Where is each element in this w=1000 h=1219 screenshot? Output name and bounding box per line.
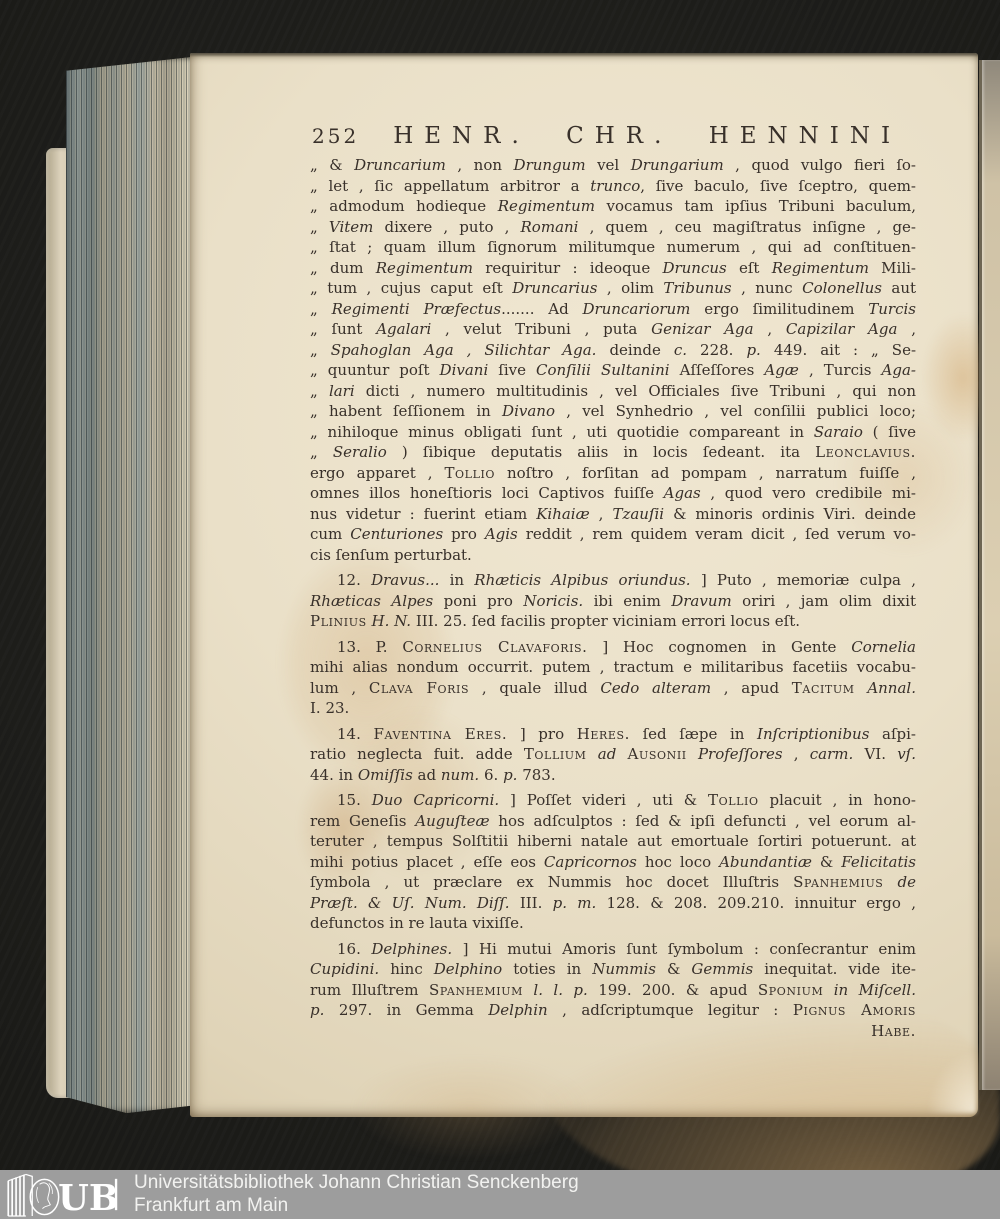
page-top-edge	[190, 53, 978, 57]
running-header: HENR. CHR. HENNINI	[393, 123, 901, 149]
text-line: 16. Delphines. ] Hi mutui Amoris ſunt ſy…	[310, 939, 916, 960]
text-line: 13. P. Cornelius Clavaforis. ] Hoc cogno…	[310, 637, 916, 658]
text-line: lum , Clava Foris , quale illud Cedo alt…	[310, 678, 916, 699]
text-line: ſymbola , ut præclare ex Nummis hoc doce…	[310, 872, 916, 893]
book-page: 252 HENR. CHR. HENNINI „ & Druncarium , …	[190, 53, 978, 1117]
library-banner: UB Universitätsbibliothek Johann Christi…	[0, 1170, 1000, 1219]
text-line: „ habent ſeſſionem in Divano , vel Synhe…	[310, 401, 916, 422]
text-line: p. 297. in Gemma Delphin , adſcriptumque…	[310, 1000, 916, 1021]
text-line: „ admodum hodieque Regimentum vocamus ta…	[310, 196, 916, 217]
adjacent-page-edge	[979, 60, 1000, 1090]
text-line: „ ſunt Agalari , velut Tribuni , puta Ge…	[310, 319, 916, 340]
text-line: mihi alias nondum occurrit. putem , trac…	[310, 657, 916, 678]
page-text-block: 252 HENR. CHR. HENNINI „ & Druncarium , …	[310, 123, 916, 1041]
text-line: „ Spahoglan Aga , Silichtar Aga. deinde …	[310, 340, 916, 361]
text-line: rum Illuſtrem Spanhemium l. l. p. 199. 2…	[310, 980, 916, 1001]
text-line: cum Centuriones pro Agis reddit , rem qu…	[310, 524, 916, 545]
text-line: „ Vitem dixere , puto , Romani , quem , …	[310, 217, 916, 238]
page-fore-edge	[66, 57, 192, 1113]
text-line: „ quuntur poſt Divani ſive Conſilii Sult…	[310, 360, 916, 381]
text-line: „ dum Regimentum requiritur : ideoque Dr…	[310, 258, 916, 279]
text-line: teruter , tempus Solſtitii hiberni natal…	[310, 831, 916, 852]
text-line: cis ſenſum perturbat.	[310, 545, 916, 566]
text-line: 44. in Omiſſis ad num. 6. p. 783.	[310, 765, 916, 786]
logo-divider	[115, 1179, 117, 1210]
text-line: „ tum , cujus caput eſt Druncarius , oli…	[310, 278, 916, 299]
text-line: Præſt. & Uſ. Num. Diſſ. III. p. m. 128. …	[310, 893, 916, 914]
text-line: „ Seralio ) ſibique deputatis aliis in l…	[310, 442, 916, 463]
ub-logo: UB	[5, 1172, 125, 1217]
text-line: Habe.	[310, 1021, 916, 1042]
text-line: Plinius H. N. III. 25. ſed facilis propt…	[310, 611, 916, 632]
logo-book-lines-icon	[8, 1174, 32, 1216]
text-line: I. 23.	[310, 698, 916, 719]
banner-text: Universitätsbibliothek Johann Christian …	[134, 1172, 579, 1217]
text-line: defunctos in re lauta vixiſſe.	[310, 913, 916, 934]
page-number: 252	[312, 124, 359, 148]
text-line: 14. Faventina Eres. ] pro Heres. ſed ſæp…	[310, 724, 916, 745]
text-line: nus videtur : fuerint etiam Kihaiæ , Tza…	[310, 504, 916, 525]
text-line: „ let , ſic appellatum arbitror a trunco…	[310, 176, 916, 197]
text-line: ratio neglecta fuit. adde Tollium ad Aus…	[310, 744, 916, 765]
page-header-row: 252 HENR. CHR. HENNINI	[310, 123, 916, 149]
text-line: Rhæticas Alpes poni pro Noricis. ibi eni…	[310, 591, 916, 612]
library-city: Frankfurt am Main	[134, 1195, 579, 1218]
text-line: ergo apparet , Tollio noſtro , forſitan …	[310, 463, 916, 484]
text-line: 12. Dravus... in Rhæticis Alpibus oriund…	[310, 570, 916, 591]
text-line: Cupidini. hinc Delphino toties in Nummis…	[310, 959, 916, 980]
text-line: mihi potius placet , eſſe eos Capricorno…	[310, 852, 916, 873]
page-corner-curl	[906, 1023, 976, 1113]
text-line: „ & Druncarium , non Drungum vel Drungar…	[310, 155, 916, 176]
logo-portrait-icon	[30, 1179, 58, 1214]
text-line: „ ſtat ; quam illum ſignorum militumque …	[310, 237, 916, 258]
text-line: „ nihiloque minus obligati ſunt , uti qu…	[310, 422, 916, 443]
text-line: 15. Duo Capricorni. ] Poſſet videri , ut…	[310, 790, 916, 811]
library-name: Universitätsbibliothek Johann Christian …	[134, 1172, 579, 1195]
page-text: „ & Druncarium , non Drungum vel Drungar…	[310, 155, 916, 1041]
text-line: „ lari dicti , numero multitudinis , vel…	[310, 381, 916, 402]
text-line: rem Geneſis Auguſteæ hos adſculptos : ſe…	[310, 811, 916, 832]
text-line: „ Regimenti Præfectus....... Ad Druncari…	[310, 299, 916, 320]
logo-ub-monogram: UB	[58, 1178, 118, 1217]
text-line: omnes illos honeſtioris loci Captivos fu…	[310, 483, 916, 504]
